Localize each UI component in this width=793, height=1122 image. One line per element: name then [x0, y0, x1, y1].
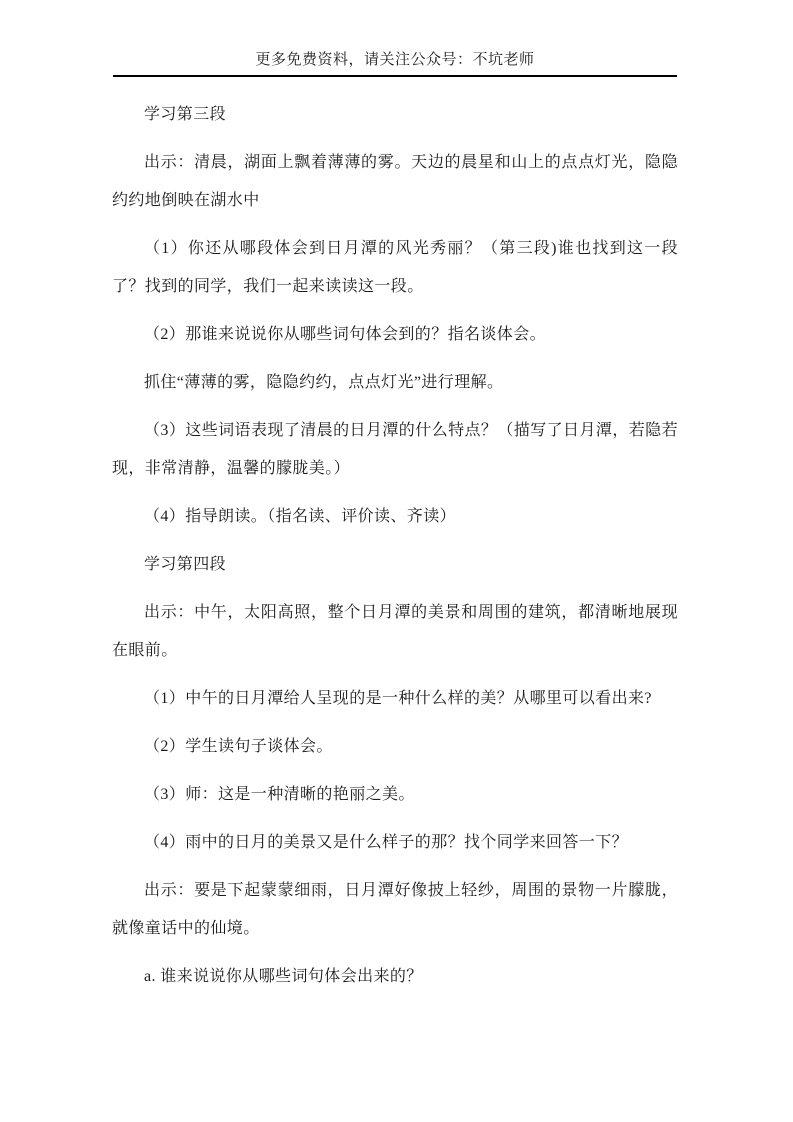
paragraph: 出示：中午，太阳高照，整个日月潭的美景和周围的建筑，都清晰地展现在眼前。: [112, 594, 678, 670]
paragraph: 出示：要是下起蒙蒙细雨，日月潭好像披上轻纱，周围的景物一片朦胧，就像童话中的仙境…: [112, 872, 678, 948]
paragraph: （1）中午的日月潭给人呈现的是一种什么样的美？从哪里可以看出来?: [112, 680, 678, 718]
section-heading-part3: 学习第三段: [112, 96, 678, 134]
paragraph: （3）师：这是一种清晰的艳丽之美。: [112, 776, 678, 814]
page-header: 更多免费资料，请关注公众号：不坑老师: [113, 48, 677, 77]
document-page: 更多免费资料，请关注公众号：不坑老师 学习第三段 出示：清晨，湖面上飘着薄薄的雾…: [0, 0, 793, 1122]
paragraph: 出示：清晨，湖面上飘着薄薄的雾。天边的晨星和山上的点点灯光，隐隐约约地倒映在湖水…: [112, 144, 678, 220]
paragraph: （1）你还从哪段体会到日月潭的风光秀丽？（第三段)谁也找到这一段了？找到的同学，…: [112, 230, 678, 306]
paragraph: 抓住“薄薄的雾，隐隐约约，点点灯光”进行理解。: [112, 364, 678, 402]
paragraph: （3）这些词语表现了清晨的日月潭的什么特点？（描写了日月潭，若隐若现，非常清静，…: [112, 412, 678, 488]
paragraph: （2）那谁来说说你从哪些词句体会到的？指名谈体会。: [112, 316, 678, 354]
paragraph: （4）指导朗读。（指名读、评价读、齐读）: [112, 498, 678, 536]
header-promo-text: 更多免费资料，请关注公众号：不坑老师: [113, 48, 677, 72]
paragraph: a. 谁来说说你从哪些词句体会出来的？: [112, 958, 678, 996]
paragraph: （2）学生读句子谈体会。: [112, 728, 678, 766]
paragraph: （4）雨中的日月的美景又是什么样子的那？找个同学来回答一下？: [112, 824, 678, 862]
section-heading-part4: 学习第四段: [112, 546, 678, 584]
document-body: 学习第三段 出示：清晨，湖面上飘着薄薄的雾。天边的晨星和山上的点点灯光，隐隐约约…: [112, 96, 678, 996]
